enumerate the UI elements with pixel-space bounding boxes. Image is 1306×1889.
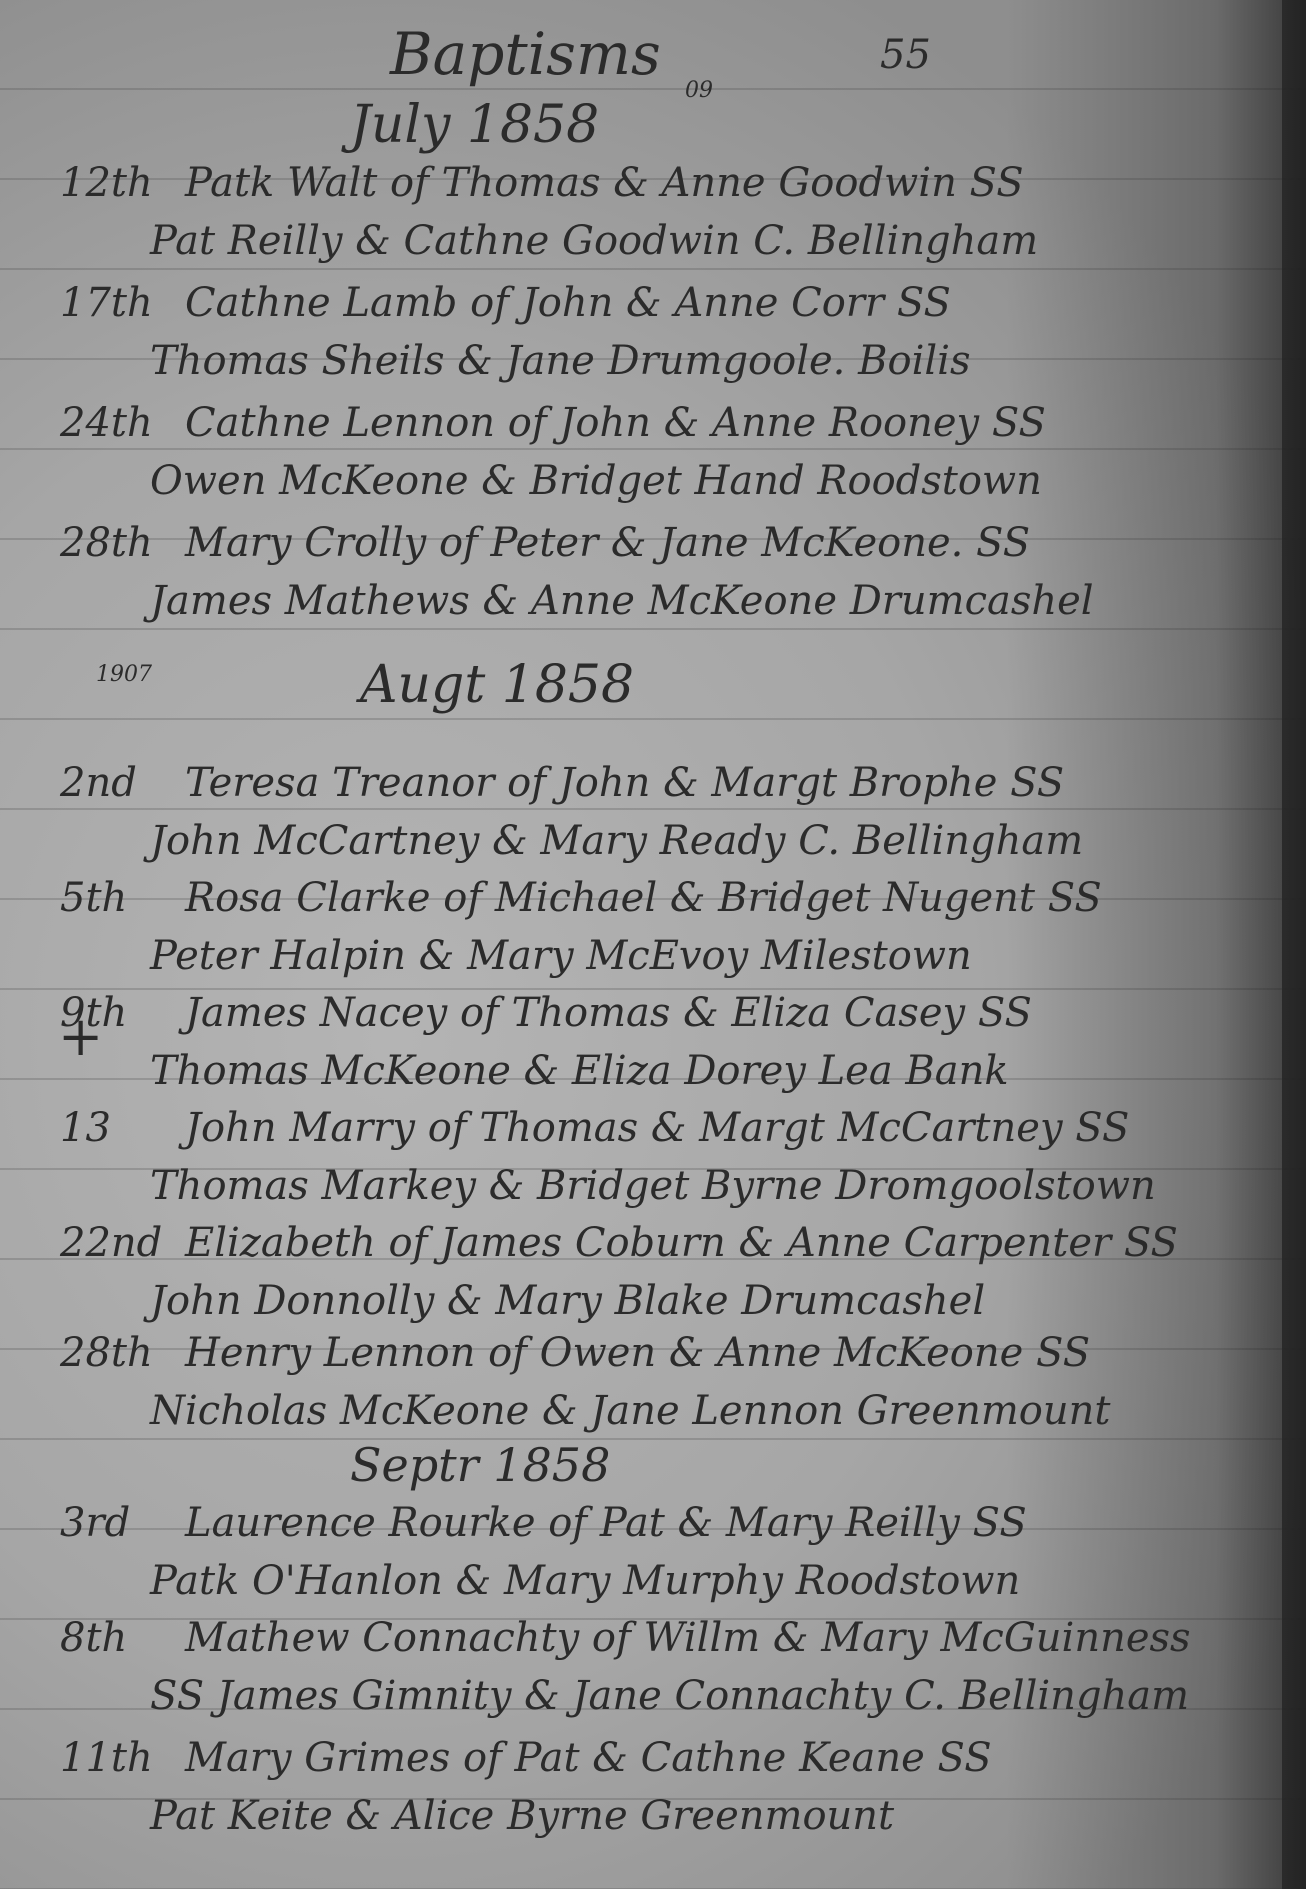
baptism-entry: 8th Mathew Connachty of Willm & Mary McG… [60, 1615, 1240, 1735]
entry-date: 13 [60, 1105, 111, 1151]
entry-date: 17th [60, 280, 153, 326]
entry-line1: James Nacey of Thomas & Eliza Casey SS [185, 990, 1032, 1036]
entry-line1: Rosa Clarke of Michael & Bridget Nugent … [185, 875, 1102, 921]
entry-line1: Teresa Treanor of John & Margt Brophe SS [185, 760, 1064, 806]
entry-line2: John McCartney & Mary Ready C. Bellingha… [150, 818, 1083, 864]
entry-line2: Owen McKeone & Bridget Hand Roodstown [150, 458, 1042, 504]
entry-line1: Cathne Lennon of John & Anne Rooney SS [185, 400, 1046, 446]
entry-line1: Mathew Connachty of Willm & Mary McGuinn… [185, 1615, 1191, 1661]
entry-line1: Laurence Rourke of Pat & Mary Reilly SS [185, 1500, 1027, 1546]
entry-line1: John Marry of Thomas & Margt McCartney S… [185, 1105, 1129, 1151]
entry-line1: Mary Grimes of Pat & Cathne Keane SS [185, 1735, 992, 1781]
entry-line2: Patk O'Hanlon & Mary Murphy Roodstown [150, 1558, 1020, 1604]
page-binding-edge [1282, 0, 1306, 1889]
year-correction: 09 [685, 78, 713, 103]
margin-note: 1907 [96, 662, 152, 687]
entry-date: 28th [60, 520, 153, 566]
entry-line2: Thomas Sheils & Jane Drumgoole. Boilis [150, 338, 971, 384]
entry-line2: Thomas McKeone & Eliza Dorey Lea Bank [150, 1048, 1009, 1094]
entry-date: 5th [60, 875, 127, 921]
entry-line1: Elizabeth of James Coburn & Anne Carpent… [185, 1220, 1178, 1266]
entry-date: 22nd [60, 1220, 162, 1266]
entry-line1: Cathne Lamb of John & Anne Corr SS [185, 280, 951, 326]
entry-line2: Thomas Markey & Bridget Byrne Dromgoolst… [150, 1163, 1156, 1209]
baptism-entry: 28th Henry Lennon of Owen & Anne McKeone… [60, 1330, 1240, 1450]
baptism-entry: 17th Cathne Lamb of John & Anne Corr SS … [60, 280, 1240, 400]
entry-line1: Mary Crolly of Peter & Jane McKeone. SS [185, 520, 1030, 566]
register-page: Baptisms 55 July 1858 09 12th Patk Walt … [0, 0, 1306, 1889]
month-heading-july: July 1858 [350, 95, 599, 155]
baptism-entry: 22nd Elizabeth of James Coburn & Anne Ca… [60, 1220, 1240, 1340]
baptism-entry: 11th Mary Grimes of Pat & Cathne Keane S… [60, 1735, 1240, 1855]
entry-line2: John Donnolly & Mary Blake Drumcashel [150, 1278, 985, 1324]
entry-line2: Peter Halpin & Mary McEvoy Milestown [150, 933, 972, 979]
entry-date: 11th [60, 1735, 153, 1781]
entry-date: 8th [60, 1615, 127, 1661]
baptism-entry: 5th Rosa Clarke of Michael & Bridget Nug… [60, 875, 1240, 995]
folio-number: 55 [880, 32, 931, 78]
page-heading: Baptisms [390, 20, 661, 88]
baptism-entry: 13 John Marry of Thomas & Margt McCartne… [60, 1105, 1240, 1225]
baptism-entry: 12th Patk Walt of Thomas & Anne Goodwin … [60, 160, 1240, 280]
entry-line1: Patk Walt of Thomas & Anne Goodwin SS [185, 160, 1024, 206]
entry-line1: Henry Lennon of Owen & Anne McKeone SS [185, 1330, 1090, 1376]
entry-line2: SS James Gimnity & Jane Connachty C. Bel… [150, 1673, 1189, 1719]
baptism-entry: 2nd Teresa Treanor of John & Margt Broph… [60, 760, 1240, 880]
baptism-entry: 3rd Laurence Rourke of Pat & Mary Reilly… [60, 1500, 1240, 1620]
baptism-entry: 9th James Nacey of Thomas & Eliza Casey … [60, 990, 1240, 1110]
entry-line2: Nicholas McKeone & Jane Lennon Greenmoun… [150, 1388, 1110, 1434]
entry-date: 24th [60, 400, 153, 446]
baptism-entry: 24th Cathne Lennon of John & Anne Rooney… [60, 400, 1240, 520]
month-heading-august: Augt 1858 [360, 655, 634, 715]
month-heading-september: Septr 1858 [350, 1438, 610, 1492]
baptism-entry: 28th Mary Crolly of Peter & Jane McKeone… [60, 520, 1240, 640]
entry-date: 2nd [60, 760, 137, 806]
entry-date: 12th [60, 160, 153, 206]
entry-line2: James Mathews & Anne McKeone Drumcashel [150, 578, 1094, 624]
entry-date: 3rd [60, 1500, 130, 1546]
entry-date: 28th [60, 1330, 153, 1376]
entry-line2: Pat Reilly & Cathne Goodwin C. Bellingha… [150, 218, 1038, 264]
entry-date: 9th [60, 990, 127, 1036]
entry-line2: Pat Keite & Alice Byrne Greenmount [150, 1793, 894, 1839]
